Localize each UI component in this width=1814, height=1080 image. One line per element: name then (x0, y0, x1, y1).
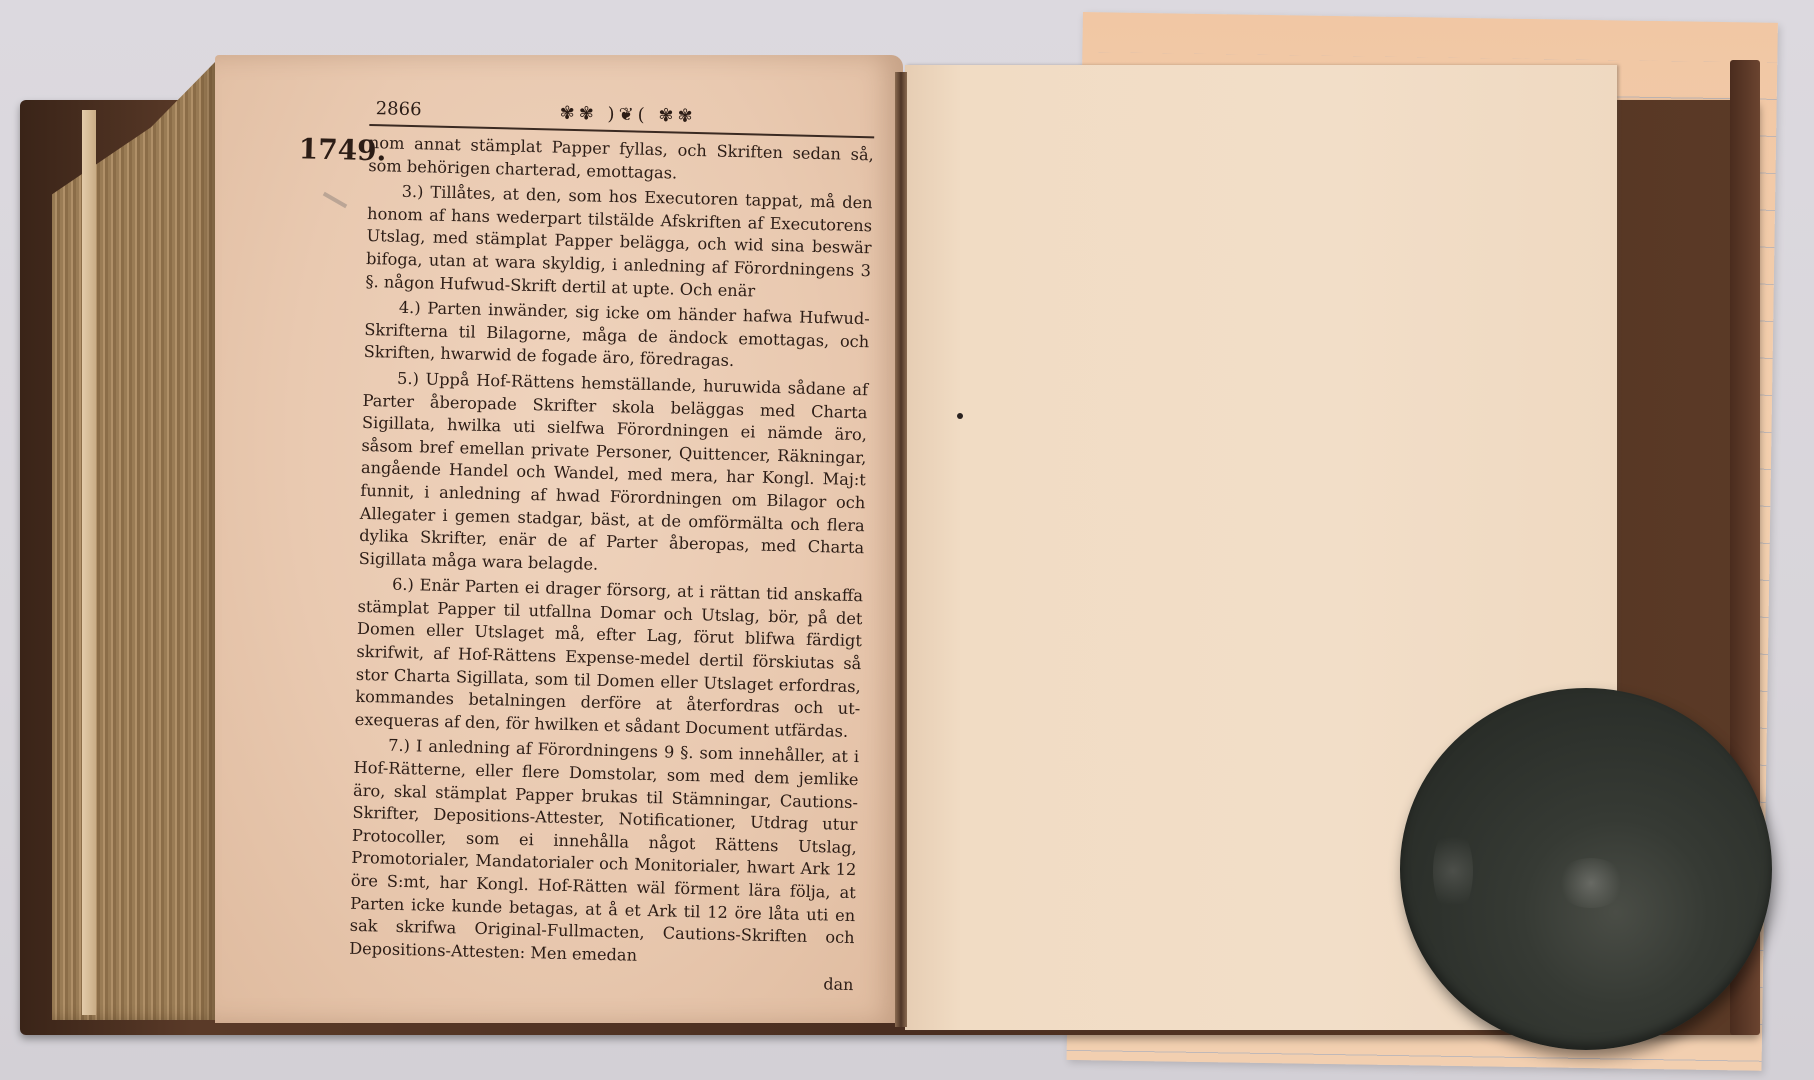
iron-paperweight (1400, 688, 1772, 1050)
weight-highlight (1556, 858, 1626, 908)
paragraph-continuation: nom annat stämplat Papper fyllas, och Sk… (368, 132, 874, 190)
paragraph-3: 3.) Tillåtes, at den, som hos Executoren… (365, 180, 873, 305)
book-gutter (895, 72, 907, 1027)
paragraph-5: 5.) Uppå Hof-Rättens hemställande, huruw… (358, 367, 868, 583)
book-fore-edge-highlight (82, 110, 96, 1015)
ink-speck (957, 413, 963, 419)
page-number: 2866 (375, 98, 421, 120)
paragraph-7: 7.) I anledning af Förordningens 9 §. so… (349, 734, 859, 972)
paragraph-4: 4.) Parten inwänder, sig icke om händer … (364, 296, 871, 376)
book-fore-edge-page-stack (52, 60, 217, 1020)
margin-year: 1749. (298, 132, 386, 167)
paragraph-6: 6.) Enär Parten ei drager försorg, at i … (355, 573, 864, 743)
page-text-block: 2866 ✾✾ )❦( ✾✾ 1749. nom annat stämplat … (348, 98, 874, 994)
header-ornament: ✾✾ )❦( ✾✾ (559, 103, 696, 127)
weight-edge-highlight (1433, 826, 1473, 916)
